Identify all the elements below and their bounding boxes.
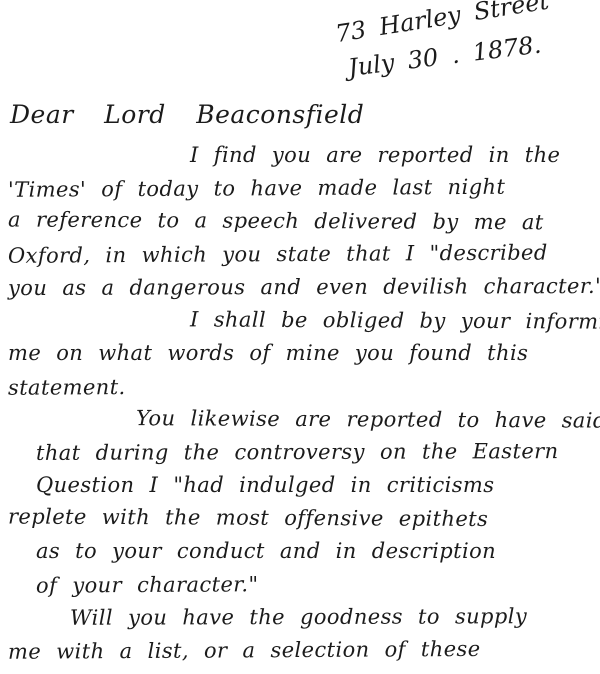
letter-line: that during the controversy on the Easte…: [8, 435, 596, 470]
letter-line: Will you have the goodness to supply: [8, 600, 596, 635]
letter-line: 'Times' of today to have made last night: [8, 170, 596, 207]
letter-line: you as a dangerous and even devilish cha…: [8, 270, 596, 305]
letter-page: 73 Harley Street July 30 . 1878. Dear Lo…: [0, 0, 600, 674]
letter-line: as to your conduct and in description: [8, 535, 596, 568]
letter-line: me on what words of mine you found this: [8, 337, 596, 370]
letter-body: I find you are reported in the'Times' of…: [8, 139, 596, 667]
letter-line: a reference to a speech delivered by me …: [8, 203, 596, 239]
letter-line: You likewise are reported to have said: [8, 401, 596, 437]
letter-line: me with a list, or a selection of these: [8, 632, 596, 669]
letter-line: I shall be obliged by your informing: [8, 302, 596, 338]
letter-line: of your character.": [8, 566, 596, 603]
letter-salutation: Dear Lord Beaconsfield: [10, 100, 364, 129]
letter-line: replete with the most offensive epithets: [8, 500, 596, 536]
letter-line: Question I "had indulged in criticisms: [8, 469, 596, 502]
letter-line: I find you are reported in the: [8, 139, 596, 172]
letter-line: statement.: [8, 368, 596, 405]
letter-line: Oxford, in which you state that I "descr…: [8, 236, 596, 273]
